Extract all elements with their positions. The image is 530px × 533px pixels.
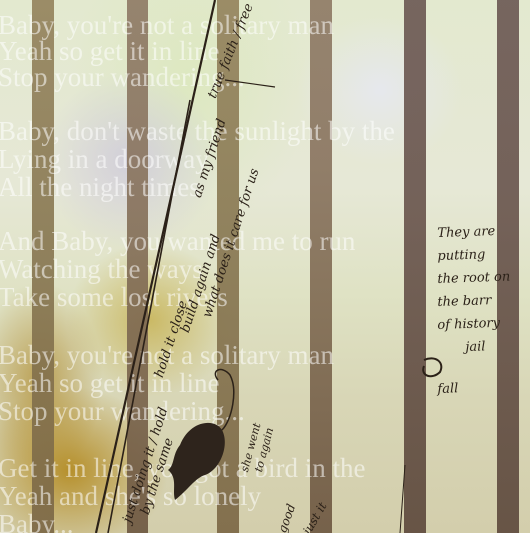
handwritten-note-block: They are putting the root on the barr of… (437, 222, 527, 401)
handwritten-line: fall (437, 375, 528, 401)
handwritten-line: the barr (437, 288, 528, 314)
cross-stroke (225, 80, 275, 87)
handwritten-line: of history (437, 311, 528, 337)
handwritten-line: jail (437, 334, 528, 360)
handwritten-line: the root on (437, 265, 528, 291)
ink-blot (168, 423, 225, 500)
loop-stroke (215, 370, 233, 430)
album-artwork: Baby, you're not a solitary man Yeah so … (0, 0, 530, 533)
handwritten-line: putting (437, 242, 528, 268)
thin-stroke (400, 465, 405, 533)
handwritten-line: They are (437, 219, 528, 245)
